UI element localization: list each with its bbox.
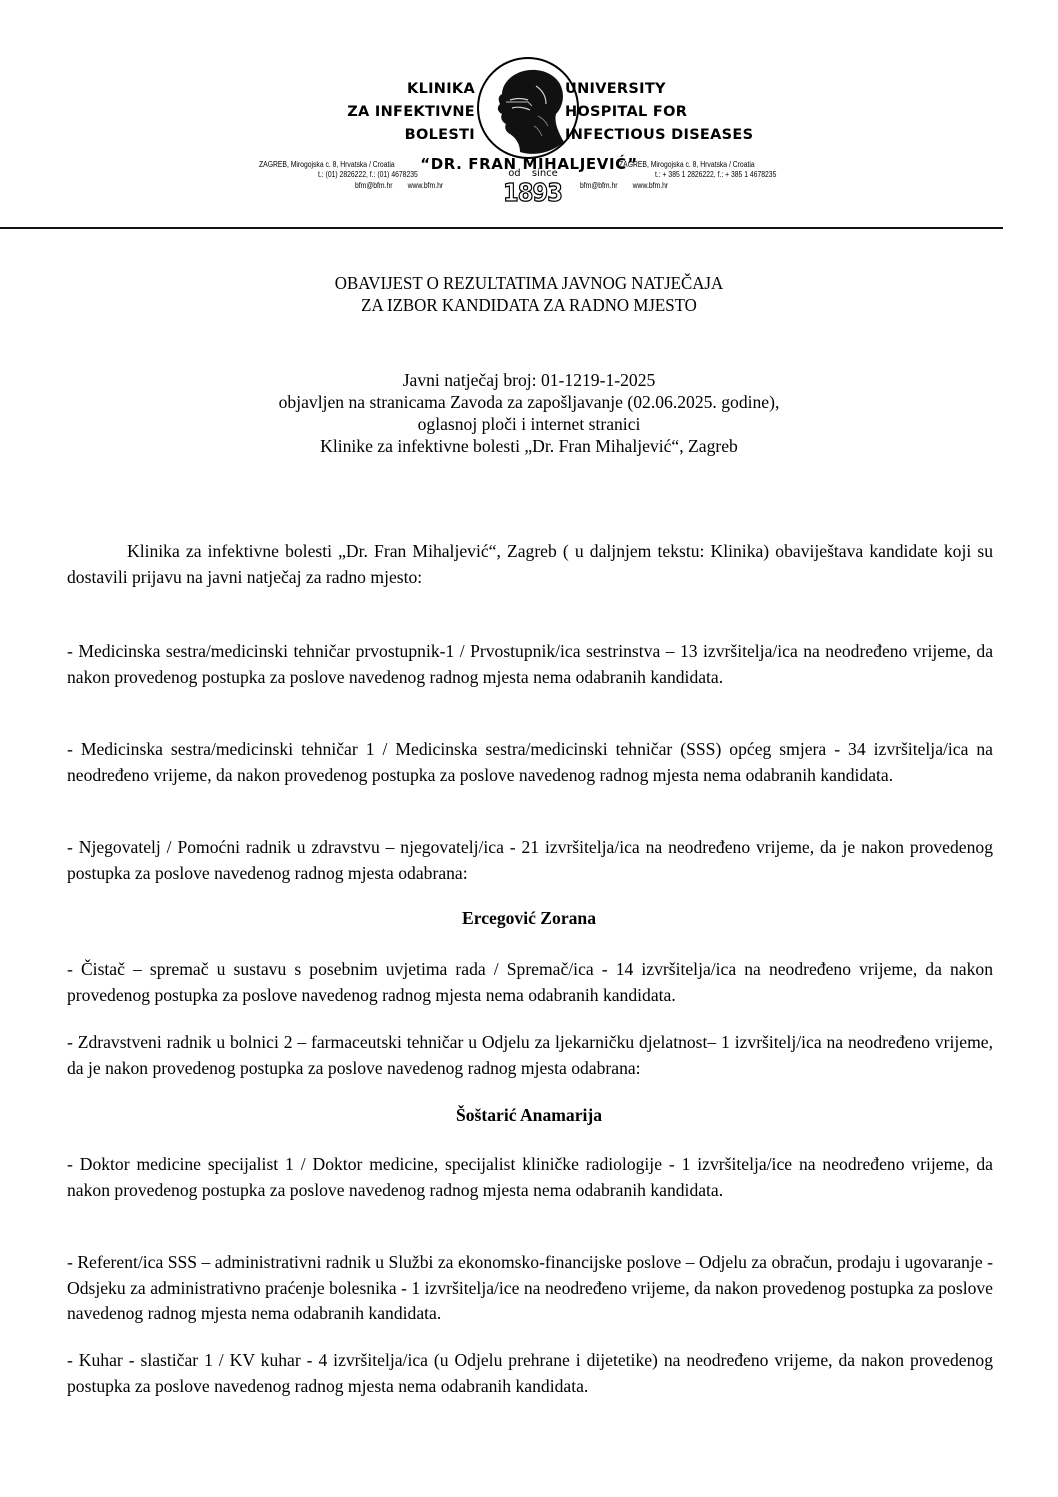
position-text: - Njegovatelj / Pomoćni radnik u zdravst…: [67, 835, 993, 886]
competition-number: Javni natječaj broj: 01-1219-1-2025: [0, 369, 1058, 391]
since-year: 1893: [503, 178, 557, 208]
position-text: - Medicinska sestra/medicinski tehničar …: [67, 737, 993, 788]
position-item: - Referent/ica SSS – administrativni rad…: [67, 1250, 993, 1327]
position-item: - Medicinska sestra/medicinski tehničar …: [67, 737, 993, 788]
position-text: - Čistač – spremač u sustavu s posebnim …: [67, 957, 993, 1008]
title-line: ZA IZBOR KANDIDATA ZA RADNO MJESTO: [21, 294, 1037, 316]
letterhead-left-line: KLINIKA: [347, 78, 475, 101]
intro-text: Klinika za infektivne bolesti „Dr. Fran …: [67, 539, 993, 590]
position-text: - Zdravstveni radnik u bolnici 2 – farma…: [67, 1030, 993, 1081]
competition-site: Klinike za infektivne bolesti „Dr. Fran …: [0, 435, 1058, 457]
competition-published: objavljen na stranicama Zavoda za zapošl…: [0, 391, 1058, 413]
letterhead-croatian-name: KLINIKA ZA INFEKTIVNE BOLESTI: [347, 78, 475, 147]
position-text: - Kuhar - slastičar 1 / KV kuhar - 4 izv…: [67, 1348, 993, 1399]
right-address: ZAGREB, Mirogojska c. 8, Hrvatska / Croa…: [619, 160, 755, 170]
letterhead-english-name: UNIVERSITY HOSPITAL FOR INFECTIOUS DISEA…: [565, 78, 753, 147]
left-contact: bfm@bfm.hr www.bfm.hr: [355, 181, 443, 191]
position-text: - Doktor medicine specijalist 1 / Doktor…: [67, 1152, 993, 1203]
document-title: OBAVIJEST O REZULTATIMA JAVNOG NATJEČAJA…: [21, 272, 1037, 316]
header-divider: [0, 227, 1003, 229]
selected-candidate: Ercegović Zorana: [0, 907, 1058, 929]
position-text: - Referent/ica SSS – administrativni rad…: [67, 1250, 993, 1327]
position-text: - Medicinska sestra/medicinski tehničar …: [67, 639, 993, 690]
right-contact: bfm@bfm.hr www.bfm.hr: [580, 181, 668, 191]
competition-info: Javni natječaj broj: 01-1219-1-2025 obja…: [0, 369, 1058, 457]
left-address: ZAGREB, Mirogojska c. 8, Hrvatska / Croa…: [259, 160, 395, 170]
position-item: - Doktor medicine specijalist 1 / Doktor…: [67, 1152, 993, 1203]
intro-paragraph: Klinika za infektivne bolesti „Dr. Fran …: [67, 539, 993, 590]
position-item: - Medicinska sestra/medicinski tehničar …: [67, 639, 993, 690]
right-phone: t.: + 385 1 2826222, f.: + 385 1 4678235: [655, 170, 776, 180]
letterhead-right-line: INFECTIOUS DISEASES: [565, 124, 753, 147]
title-line: OBAVIJEST O REZULTATIMA JAVNOG NATJEČAJA: [21, 272, 1037, 294]
letterhead-left-line: BOLESTI: [347, 124, 475, 147]
left-phone: t.: (01) 2826222, f.: (01) 4678235: [318, 170, 418, 180]
letterhead: KLINIKA ZA INFEKTIVNE BOLESTI UNIVERSITY…: [0, 0, 1058, 230]
position-item: - Njegovatelj / Pomoćni radnik u zdravst…: [67, 835, 993, 886]
letterhead-left-line: ZA INFEKTIVNE: [347, 101, 475, 124]
position-item: - Kuhar - slastičar 1 / KV kuhar - 4 izv…: [67, 1348, 993, 1399]
position-item: - Zdravstveni radnik u bolnici 2 – farma…: [67, 1030, 993, 1081]
letterhead-right-line: HOSPITAL FOR: [565, 101, 753, 124]
competition-board: oglasnoj ploči i internet stranici: [0, 413, 1058, 435]
position-item: - Čistač – spremač u sustavu s posebnim …: [67, 957, 993, 1008]
selected-candidate: Šoštarić Anamarija: [0, 1104, 1058, 1126]
letterhead-right-line: UNIVERSITY: [565, 78, 753, 101]
